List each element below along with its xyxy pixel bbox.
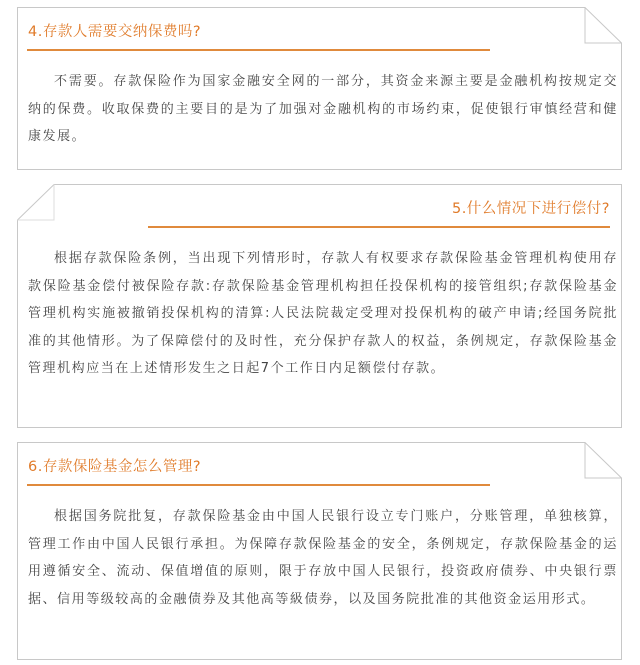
section-paragraph: 根据国务院批复，存款保险基金由中国人民银行设立专门账户，分账管理，单独核算，管理…	[28, 503, 618, 613]
section-title: 6.存款保险基金怎么管理?	[28, 455, 201, 476]
section-title: 5.什么情况下进行偿付?	[452, 197, 610, 218]
title-underline	[148, 226, 610, 228]
faq-card-6: 6.存款保险基金怎么管理? 根据国务院批复，存款保险基金由中国人民银行设立专门账…	[17, 442, 622, 660]
section-paragraph: 根据存款保险条例，当出现下列情形时，存款人有权要求存款保险基金管理机构使用存款保…	[28, 245, 618, 383]
section-title: 4.存款人需要交纳保费吗?	[28, 20, 201, 41]
title-underline	[27, 49, 490, 51]
title-underline	[27, 484, 490, 486]
section-body: 根据存款保险条例，当出现下列情形时，存款人有权要求存款保险基金管理机构使用存款保…	[28, 245, 618, 383]
faq-card-5: 5.什么情况下进行偿付? 根据存款保险条例，当出现下列情形时，存款人有权要求存款…	[17, 184, 622, 428]
faq-card-4: 4.存款人需要交纳保费吗? 不需要。存款保险作为国家金融安全网的一部分，其资金来…	[17, 7, 622, 170]
section-body: 根据国务院批复，存款保险基金由中国人民银行设立专门账户，分账管理，单独核算，管理…	[28, 503, 618, 613]
section-body: 不需要。存款保险作为国家金融安全网的一部分，其资金来源主要是金融机构按规定交纳的…	[28, 68, 618, 151]
section-paragraph: 不需要。存款保险作为国家金融安全网的一部分，其资金来源主要是金融机构按规定交纳的…	[28, 68, 618, 151]
